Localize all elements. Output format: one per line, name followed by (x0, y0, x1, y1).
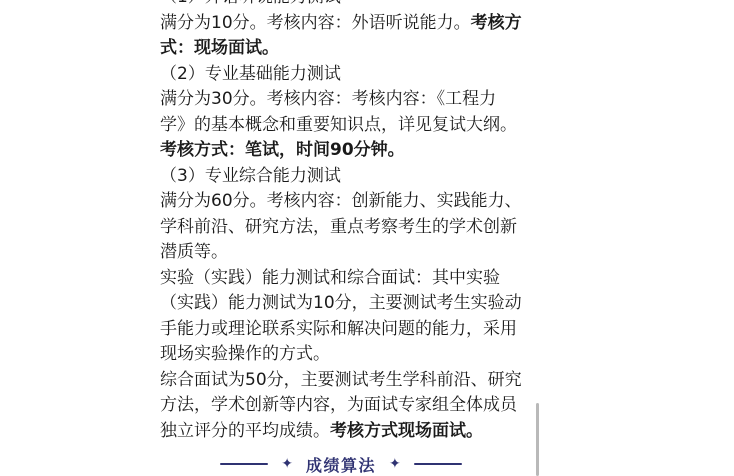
divider-line-left (220, 463, 268, 465)
text-segment-bold: 考核方式：笔试，时间90分钟。 (160, 140, 405, 160)
text-line: 式：现场面试。 (160, 36, 526, 62)
text-segment: 方法，学术创新等内容，为面试专家组全体成员 (160, 395, 517, 415)
section-divider: ✦ 成绩算法 ✦ (160, 451, 522, 476)
text-segment: 满分为60分。考核内容：创新能力、实践能力、 (160, 191, 522, 211)
text-segment: （实践）能力测试为10分，主要测试考生实验动 (160, 293, 522, 313)
text-segment-bold: 式：现场面试。 (160, 38, 279, 58)
text-line: 考核方式：笔试，时间90分钟。 (160, 138, 526, 164)
text-segment: 综合面试为50分，主要测试考生学科前沿、研究 (160, 370, 522, 390)
text-segment: （2）专业基础能力测试 (160, 64, 341, 84)
text-segment: （3）专业综合能力测试 (160, 166, 341, 186)
text-line: （1）外语听说能力测试 (160, 0, 526, 11)
text-segment: 实验（实践）能力测试和综合面试：其中实验 (160, 268, 500, 288)
text-line: （2）专业基础能力测试 (160, 62, 526, 88)
text-line: 潜质等。 (160, 240, 526, 266)
text-line: （3）专业综合能力测试 (160, 164, 526, 190)
text-line: 满分为30分。考核内容：考核内容：《工程力 (160, 87, 526, 113)
text-segment: 满分为30分。考核内容：考核内容：《工程力 (160, 89, 496, 109)
section-title: 成绩算法 (306, 453, 376, 476)
text-segment: 学科前沿、研究方法，重点考察考生的学术创新 (160, 217, 517, 237)
text-segment: 满分为10分。考核内容：外语听说能力。 (160, 13, 471, 33)
text-line: 方法，学术创新等内容，为面试专家组全体成员 (160, 393, 526, 419)
text-line: 综合面试为50分，主要测试考生学科前沿、研究 (160, 368, 526, 394)
text-line: 现场实验操作的方式。 (160, 342, 526, 368)
diamond-icon: ✦ (281, 457, 293, 471)
text-line: 手能力或理论联系实际和解决问题的能力，采用 (160, 317, 526, 343)
scrollbar-thumb[interactable] (536, 403, 539, 476)
text-line: 满分为10分。考核内容：外语听说能力。考核方 (160, 11, 526, 37)
text-line: 学科前沿、研究方法，重点考察考生的学术创新 (160, 215, 526, 241)
text-line: 学》的基本概念和重要知识点，详见复试大纲。 (160, 113, 526, 139)
text-line: 满分为60分。考核内容：创新能力、实践能力、 (160, 189, 526, 215)
diamond-icon: ✦ (389, 457, 401, 471)
text-line: （实践）能力测试为10分，主要测试考生实验动 (160, 291, 526, 317)
text-segment: 手能力或理论联系实际和解决问题的能力，采用 (160, 319, 517, 339)
text-segment: 现场实验操作的方式。 (160, 344, 330, 364)
text-segment-bold: 考核方式现场面试。 (330, 421, 483, 441)
text-line: 独立评分的平均成绩。考核方式现场面试。 (160, 419, 526, 445)
text-segment: （1）外语听说能力测试 (160, 0, 341, 7)
text-line: 实验（实践）能力测试和综合面试：其中实验 (160, 266, 526, 292)
text-segment-bold: 考核方 (471, 13, 522, 33)
article-text: （1）外语听说能力测试满分为10分。考核内容：外语听说能力。考核方式：现场面试。… (160, 0, 526, 444)
article-page: （1）外语听说能力测试满分为10分。考核内容：外语听说能力。考核方式：现场面试。… (0, 0, 734, 476)
text-segment: 学》的基本概念和重要知识点，详见复试大纲。 (160, 115, 517, 135)
divider-line-right (414, 463, 462, 465)
text-segment: 潜质等。 (160, 242, 228, 262)
text-segment: 独立评分的平均成绩。 (160, 421, 330, 441)
